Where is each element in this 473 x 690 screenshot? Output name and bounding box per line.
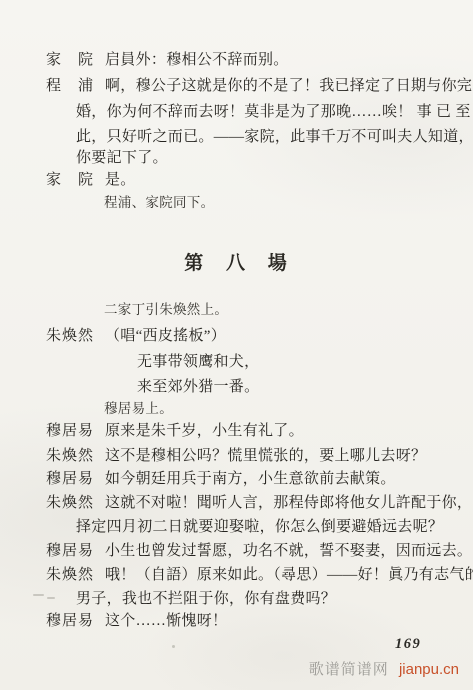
speaker-name: 家 院 [46,170,94,190]
speaker-name: 程 浦 [46,76,94,96]
sung-verse: 无事带领鹰和犬， [0,352,473,374]
aria-cue-text: （唱“西皮搖板”） [105,326,226,346]
script-line: 朱煥然 （唱“西皮搖板”） [0,326,473,348]
speaker-name: 朱煥然 [46,326,94,346]
dialogue-text: 啊，穆公子这就是你的不是了！我已择定了日期与你完 [105,76,472,96]
script-line: 家 院 启員外：穆相公不辞而别。 [0,50,473,72]
dialogue-text: 你要記下了。 [76,148,168,168]
dialogue-text: 这就不对啦！聞听人言，那程侍郎将他女儿許配于你， [105,493,472,513]
watermark-site-name: 歌谱简谱网 [309,661,389,678]
stage-direction-text: 二家丁引朱煥然上。 [104,300,228,320]
stage-direction: 程浦、家院同下。 [0,193,473,215]
script-line: 穆居易 这个……惭愧呀！ [0,611,473,633]
speaker-name: 朱煥然 [46,446,94,466]
dialogue-text: 婚，你为何不辞而去呀！莫非是为了那晚……唉！ 事 已 至 [76,102,471,122]
dialogue-text: 是。 [105,170,136,190]
scanned-book-page: 家 院 启員外：穆相公不辞而别。 程 浦 啊，穆公子这就是你的不是了！我已择定了… [0,0,473,690]
script-line: 婚，你为何不辞而去呀！莫非是为了那晚……唉！ 事 已 至 [0,102,473,124]
watermark: 歌谱简谱网 jianpu.cn [309,658,459,679]
speaker-name: 穆居易 [46,421,94,441]
dialogue-text: 男子，我也不拦阻于你，你有盘费吗？ [76,589,336,609]
script-line: 朱煥然 这就不对啦！聞听人言，那程侍郎将他女儿許配于你， [0,493,473,515]
script-line: 此，只好听之而已。——家院，此事千万不可叫夫人知道， [0,127,473,149]
stage-direction-text: 穆居易上。 [104,399,173,419]
speaker-name: 家 院 [46,50,94,70]
ink-smudge [33,594,44,596]
dialogue-text: 此，只好听之而已。——家院，此事千万不可叫夫人知道， [76,127,473,147]
dialogue-text: 小生也曾发过誓愿，功名不就，誓不娶妻，因而远去。 [105,541,472,561]
page-number: 169 [395,636,421,653]
script-line: 择定四月初二日就要迎娶啦，你怎么倒要避婚远去呢？ [0,517,473,539]
sung-verse: 来至郊外猎一番。 [0,377,473,399]
dialogue-text: 这个……惭愧呀！ [105,611,227,631]
dialogue-text: 哦！（自語）原来如此。（尋思）——好！眞乃有志气的 [105,565,473,585]
speaker-name: 朱煥然 [46,493,94,513]
watermark-site-url[interactable]: jianpu.cn [399,661,459,678]
script-line: 穆居易 小生也曾发过誓愿，功名不就，誓不娶妻，因而远去。 [0,541,473,563]
sung-verse-text: 无事带领鹰和犬， [137,352,259,372]
script-line: 朱煥然 这不是穆相公吗？慌里慌张的，要上哪儿去呀？ [0,446,473,468]
dialogue-text: 择定四月初二日就要迎娶啦，你怎么倒要避婚远去呢？ [76,517,443,537]
speaker-name: 穆居易 [46,541,94,561]
speaker-name: 穆居易 [46,611,94,631]
dialogue-text: 这不是穆相公吗？慌里慌张的，要上哪儿去呀？ [105,446,426,466]
script-line: 朱煥然 哦！（自語）原来如此。（尋思）——好！眞乃有志气的 [0,565,473,587]
script-line: 穆居易 如今朝廷用兵于南方，小生意欲前去献策。 [0,469,473,491]
script-line: 男子，我也不拦阻于你，你有盘费吗？ [0,589,473,611]
scene-heading: 第 八 場 [0,248,473,275]
stage-direction-text: 程浦、家院同下。 [104,193,214,213]
script-line: 家 院 是。 [0,170,473,192]
dialogue-text: 原来是朱千岁，小生有礼了。 [105,421,304,441]
dialogue-text: 如今朝廷用兵于南方，小生意欲前去献策。 [105,469,396,489]
script-line: 你要記下了。 [0,148,473,170]
script-line: 程 浦 啊，穆公子这就是你的不是了！我已择定了日期与你完 [0,76,473,98]
stage-direction: 穆居易上。 [0,399,473,421]
speaker-name: 朱煥然 [46,565,94,585]
script-line: 穆居易 原来是朱千岁，小生有礼了。 [0,421,473,443]
sung-verse-text: 来至郊外猎一番。 [137,377,259,397]
ink-speck [172,645,175,648]
dialogue-text: 启員外：穆相公不辞而别。 [105,50,289,70]
speaker-name: 穆居易 [46,469,94,489]
ink-smudge [47,597,55,599]
stage-direction: 二家丁引朱煥然上。 [0,300,473,322]
